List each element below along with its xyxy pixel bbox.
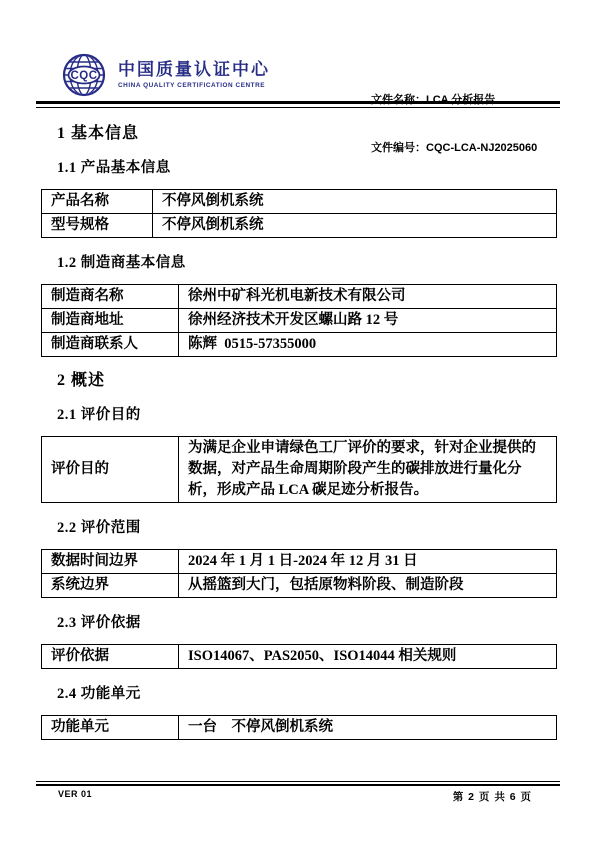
- table-row: 制造商联系人陈辉 0515-57355000: [42, 333, 557, 357]
- row-value: 不停风倒机系统: [153, 190, 557, 214]
- info-table: 制造商名称徐州中矿科光机电新技术有限公司制造商地址徐州经济技术开发区螺山路 12…: [41, 284, 557, 357]
- row-label: 系统边界: [42, 574, 179, 598]
- table-row: 产品名称不停风倒机系统: [42, 190, 557, 214]
- table-row: 功能单元一台 不停风倒机系统: [42, 716, 557, 740]
- row-label: 制造商名称: [42, 285, 179, 309]
- row-value: 陈辉 0515-57355000: [179, 333, 557, 357]
- row-value: 徐州经济技术开发区螺山路 12 号: [179, 309, 557, 333]
- row-label: 制造商联系人: [42, 333, 179, 357]
- table-row: 制造商名称徐州中矿科光机电新技术有限公司: [42, 285, 557, 309]
- document-page: CQC 中国质量认证中心 CHINA QUALITY CERTIFICATION…: [0, 0, 595, 841]
- page-number: 第 2 页 共 6 页: [453, 789, 532, 804]
- row-value: 徐州中矿科光机电新技术有限公司: [179, 285, 557, 309]
- cqc-logo: CQC 中国质量认证中心 CHINA QUALITY CERTIFICATION…: [58, 52, 270, 98]
- logo-text: 中国质量认证中心 CHINA QUALITY CERTIFICATION CEN…: [118, 60, 270, 90]
- row-label: 评价依据: [42, 645, 179, 669]
- row-value: ISO14067、PAS2050、ISO14044 相关规则: [179, 645, 557, 669]
- table-row: 评价依据ISO14067、PAS2050、ISO14044 相关规则: [42, 645, 557, 669]
- info-table: 评价目的为满足企业申请绿色工厂评价的要求，针对企业提供的数据，对产品生命周期阶段…: [41, 436, 557, 503]
- row-value: 从摇篮到大门，包括原物料阶段、制造阶段: [179, 574, 557, 598]
- info-table: 功能单元一台 不停风倒机系统: [41, 715, 557, 740]
- row-label: 数据时间边界: [42, 550, 179, 574]
- section-heading: 2 概述: [57, 367, 557, 390]
- row-label: 产品名称: [42, 190, 153, 214]
- footer-row: VER 01 第 2 页 共 6 页: [36, 786, 560, 804]
- table-row: 系统边界从摇篮到大门，包括原物料阶段、制造阶段: [42, 574, 557, 598]
- row-label: 型号规格: [42, 214, 153, 238]
- document-body: 1 基本信息1.1 产品基本信息产品名称不停风倒机系统型号规格不停风倒机系统1.…: [41, 110, 557, 742]
- page-footer: VER 01 第 2 页 共 6 页: [36, 781, 560, 804]
- info-table: 数据时间边界2024 年 1 月 1 日-2024 年 12 月 31 日系统边…: [41, 549, 557, 598]
- subsection-heading: 2.4 功能单元: [57, 682, 557, 703]
- row-value: 一台 不停风倒机系统: [179, 716, 557, 740]
- table-row: 制造商地址徐州经济技术开发区螺山路 12 号: [42, 309, 557, 333]
- header-rule: [36, 101, 560, 108]
- org-name-cn: 中国质量认证中心: [118, 60, 270, 80]
- page-header: CQC 中国质量认证中心 CHINA QUALITY CERTIFICATION…: [58, 50, 559, 100]
- subsection-heading: 1.2 制造商基本信息: [57, 251, 557, 272]
- subsection-heading: 2.1 评价目的: [57, 403, 557, 424]
- subsection-heading: 2.3 评价依据: [57, 611, 557, 632]
- table-row: 型号规格不停风倒机系统: [42, 214, 557, 238]
- subsection-heading: 2.2 评价范围: [57, 516, 557, 537]
- row-label: 评价目的: [42, 437, 179, 503]
- subsection-heading: 1.1 产品基本信息: [57, 156, 557, 177]
- cqc-globe-icon: CQC: [58, 52, 110, 98]
- row-value: 不停风倒机系统: [153, 214, 557, 238]
- org-name-en: CHINA QUALITY CERTIFICATION CENTRE: [118, 81, 270, 90]
- row-label: 功能单元: [42, 716, 179, 740]
- cqc-logo-acronym: CQC: [70, 70, 97, 82]
- info-table: 评价依据ISO14067、PAS2050、ISO14044 相关规则: [41, 644, 557, 669]
- version-label: VER 01: [58, 789, 92, 804]
- table-row: 数据时间边界2024 年 1 月 1 日-2024 年 12 月 31 日: [42, 550, 557, 574]
- row-value: 2024 年 1 月 1 日-2024 年 12 月 31 日: [179, 550, 557, 574]
- table-row: 评价目的为满足企业申请绿色工厂评价的要求，针对企业提供的数据，对产品生命周期阶段…: [42, 437, 557, 503]
- row-label: 制造商地址: [42, 309, 179, 333]
- section-heading: 1 基本信息: [57, 120, 557, 143]
- row-value: 为满足企业申请绿色工厂评价的要求，针对企业提供的数据，对产品生命周期阶段产生的碳…: [179, 437, 557, 503]
- info-table: 产品名称不停风倒机系统型号规格不停风倒机系统: [41, 189, 557, 238]
